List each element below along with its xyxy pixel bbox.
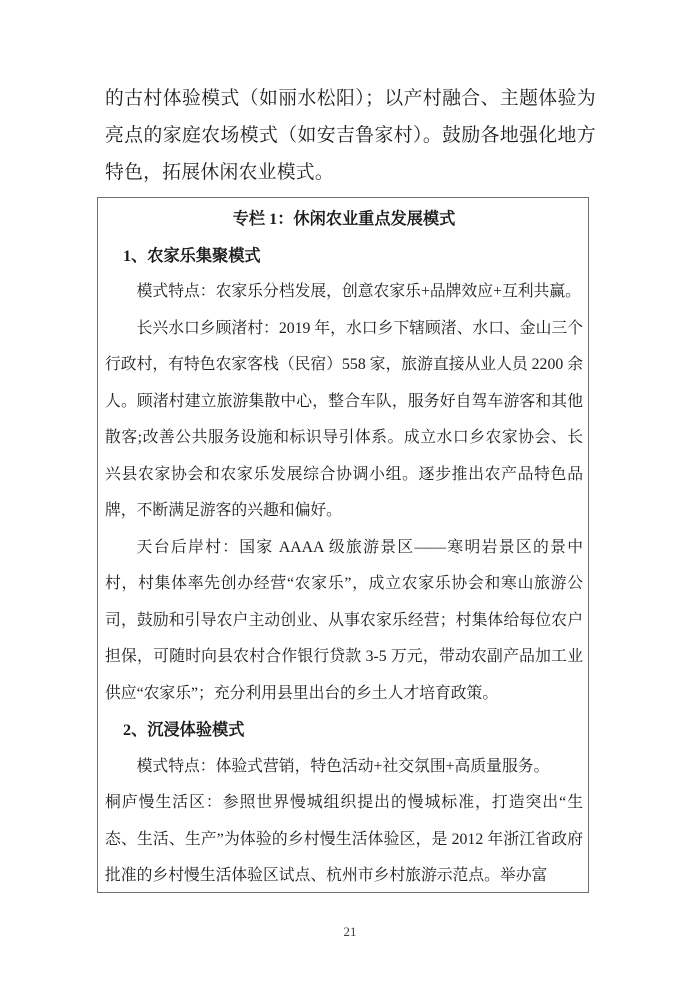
page-number: 21 [0,924,700,940]
section-2-paragraph-1: 模式特点：体验式营销，特色活动+社交氛围+高质量服务。 [105,749,583,786]
highlight-box: 专栏 1：休闲农业重点发展模式 1、农家乐集聚模式 模式特点：农家乐分档发展，创… [97,197,589,893]
section-1-paragraph-1: 模式特点：农家乐分档发展，创意农家乐+品牌效应+互利共赢。 [105,274,583,311]
box-title: 专栏 1：休闲农业重点发展模式 [105,201,583,238]
section-2-heading: 2、沉浸体验模式 [105,712,583,749]
intro-paragraph: 的古村体验模式（如丽水松阳）；以产村融合、主题体验为亮点的家庭农场模式（如安吉鲁… [105,80,596,191]
document-page: 的古村体验模式（如丽水松阳）；以产村融合、主题体验为亮点的家庭农场模式（如安吉鲁… [0,0,700,990]
section-1-paragraph-3: 天台后岸村：国家 AAAA 级旅游景区——寒明岩景区的景中村，村集体率先创办经营… [105,530,583,713]
section-1-heading: 1、农家乐集聚模式 [105,238,583,275]
section-1-paragraph-2: 长兴水口乡顾渚村：2019 年，水口乡下辖顾渚、水口、金山三个行政村，有特色农家… [105,311,583,530]
section-2-paragraph-2: 桐庐慢生活区：参照世界慢城组织提出的慢城标准，打造突出“生态、生活、生产”为体验… [105,785,583,893]
